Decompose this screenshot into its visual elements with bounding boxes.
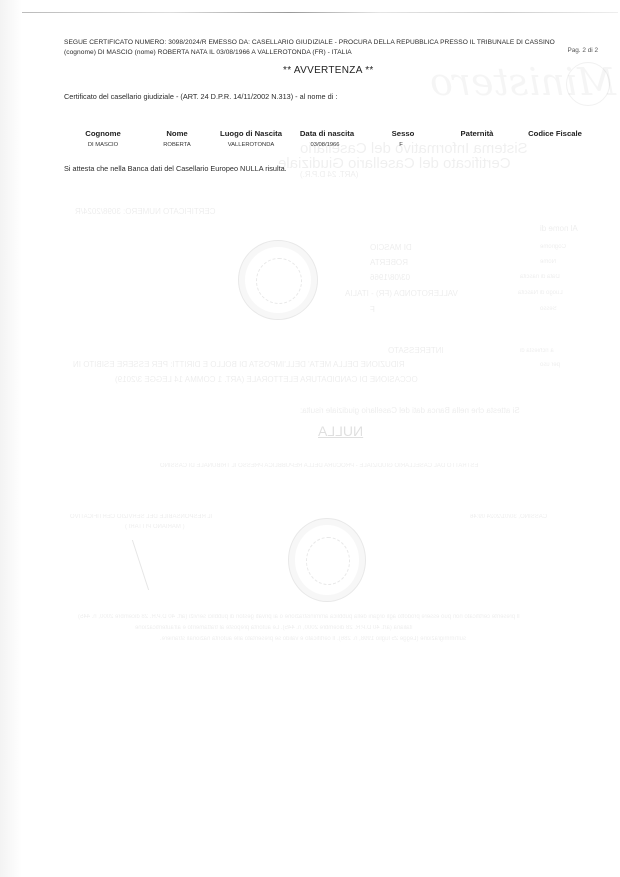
ghost-signatory-title: IL RESPONSABILE DEL SERVIZIO CERTIFICATI… bbox=[70, 514, 212, 520]
warning-title: ** AVVERTENZA ** bbox=[283, 65, 374, 76]
ghost-attest-line: Si attesta che nella Banca dati del Case… bbox=[300, 406, 520, 415]
cell-sesso: F bbox=[399, 142, 403, 148]
column-header-paternita: Paternità bbox=[461, 129, 494, 138]
ghost-name-label: Al nome di bbox=[540, 224, 578, 233]
ghost-article: (ART. 24 D.P.R.) bbox=[300, 170, 358, 179]
ghost-nulla: NULLA bbox=[318, 423, 363, 439]
ghost-use-line: OCCASIONE DI CANDIDATURA ELETTORALE (ART… bbox=[115, 375, 418, 384]
ghost-stamp-icon bbox=[288, 518, 366, 602]
ghost-republic-emblem-icon bbox=[566, 62, 610, 106]
column-header-codice-fiscale: Codice Fiscale bbox=[528, 129, 582, 138]
certificate-header: SEGUE CERTIFICATO NUMERO: 3098/2024/R EM… bbox=[64, 38, 612, 57]
column-header-nome: Nome bbox=[166, 129, 187, 138]
column-header-luogo-nascita: Luogo di Nascita bbox=[220, 129, 282, 138]
ghost-field-value: 03/08/1966 bbox=[370, 273, 410, 282]
ghost-field-label: Cognome bbox=[540, 244, 566, 250]
ghost-field-value: F bbox=[370, 305, 375, 314]
cell-cognome: DI MASCIO bbox=[88, 142, 118, 148]
ghost-signature bbox=[132, 540, 189, 590]
ghost-signatory-name: ( MARIANO PITTARI ) bbox=[125, 524, 185, 530]
header-line-person: (cognome) DI MASCIO (nome) ROBERTA NATA … bbox=[64, 48, 612, 58]
cell-nome: ROBERTA bbox=[163, 142, 191, 148]
column-header-data-nascita: Data di nascita bbox=[300, 129, 354, 138]
ghost-field-value: ROBERTA bbox=[370, 258, 408, 267]
cell-luogo-nascita: VALLEROTONDA bbox=[228, 142, 275, 148]
ghost-extract: ESTRATTO DAL CASELLARIO GIUDIZIALE - PRO… bbox=[160, 463, 478, 469]
ghost-field-label: Data di nascita bbox=[520, 274, 560, 280]
ghost-field-value: DI MASCIO bbox=[370, 243, 412, 252]
ghost-footer-line: sull'immigrazione (Legge 25 luglio 1998,… bbox=[160, 636, 466, 642]
ghost-place-date: CASSINO, 30/01/2024 09:46 bbox=[470, 514, 547, 520]
cell-data-nascita: 03/08/1966 bbox=[310, 142, 339, 148]
warning-intro: Certificato del casellario giudiziale - … bbox=[64, 92, 337, 101]
ghost-request-value: INTERESSATO bbox=[388, 346, 444, 355]
ghost-footer-line: italiana (art. 40 D.P.R. 28 dicembre 200… bbox=[135, 625, 413, 631]
ghost-field-label: Sesso bbox=[540, 306, 557, 312]
ghost-use-line: RIDUZIONE DELLA META' DELL'IMPOSTA DI BO… bbox=[73, 360, 405, 369]
ghost-field-label: Luogo di Nascita bbox=[518, 290, 563, 296]
ghost-field-value: VALLEROTONDA (FR) - ITALIA bbox=[345, 289, 458, 298]
ghost-field-label: Nome bbox=[540, 259, 556, 265]
ghost-cert-number: CERTIFICATO NUMERO: 3098/2024/R bbox=[75, 207, 216, 216]
attestation-text: Si attesta che nella Banca dati del Case… bbox=[64, 164, 287, 173]
ghost-request-label: a richiesta di bbox=[520, 348, 554, 354]
ghost-use-label: per uso bbox=[540, 362, 560, 368]
scan-edge-top bbox=[22, 12, 618, 13]
ghost-footer-line: Il presente certificato non può essere p… bbox=[78, 614, 520, 620]
scan-edge-left bbox=[0, 0, 22, 877]
column-header-sesso: Sesso bbox=[392, 129, 415, 138]
ghost-stamp-icon bbox=[238, 240, 318, 320]
header-line-certificate: SEGUE CERTIFICATO NUMERO: 3098/2024/R EM… bbox=[64, 38, 612, 48]
page-indicator: Pag. 2 di 2 bbox=[567, 47, 598, 54]
column-header-cognome: Cognome bbox=[85, 129, 120, 138]
